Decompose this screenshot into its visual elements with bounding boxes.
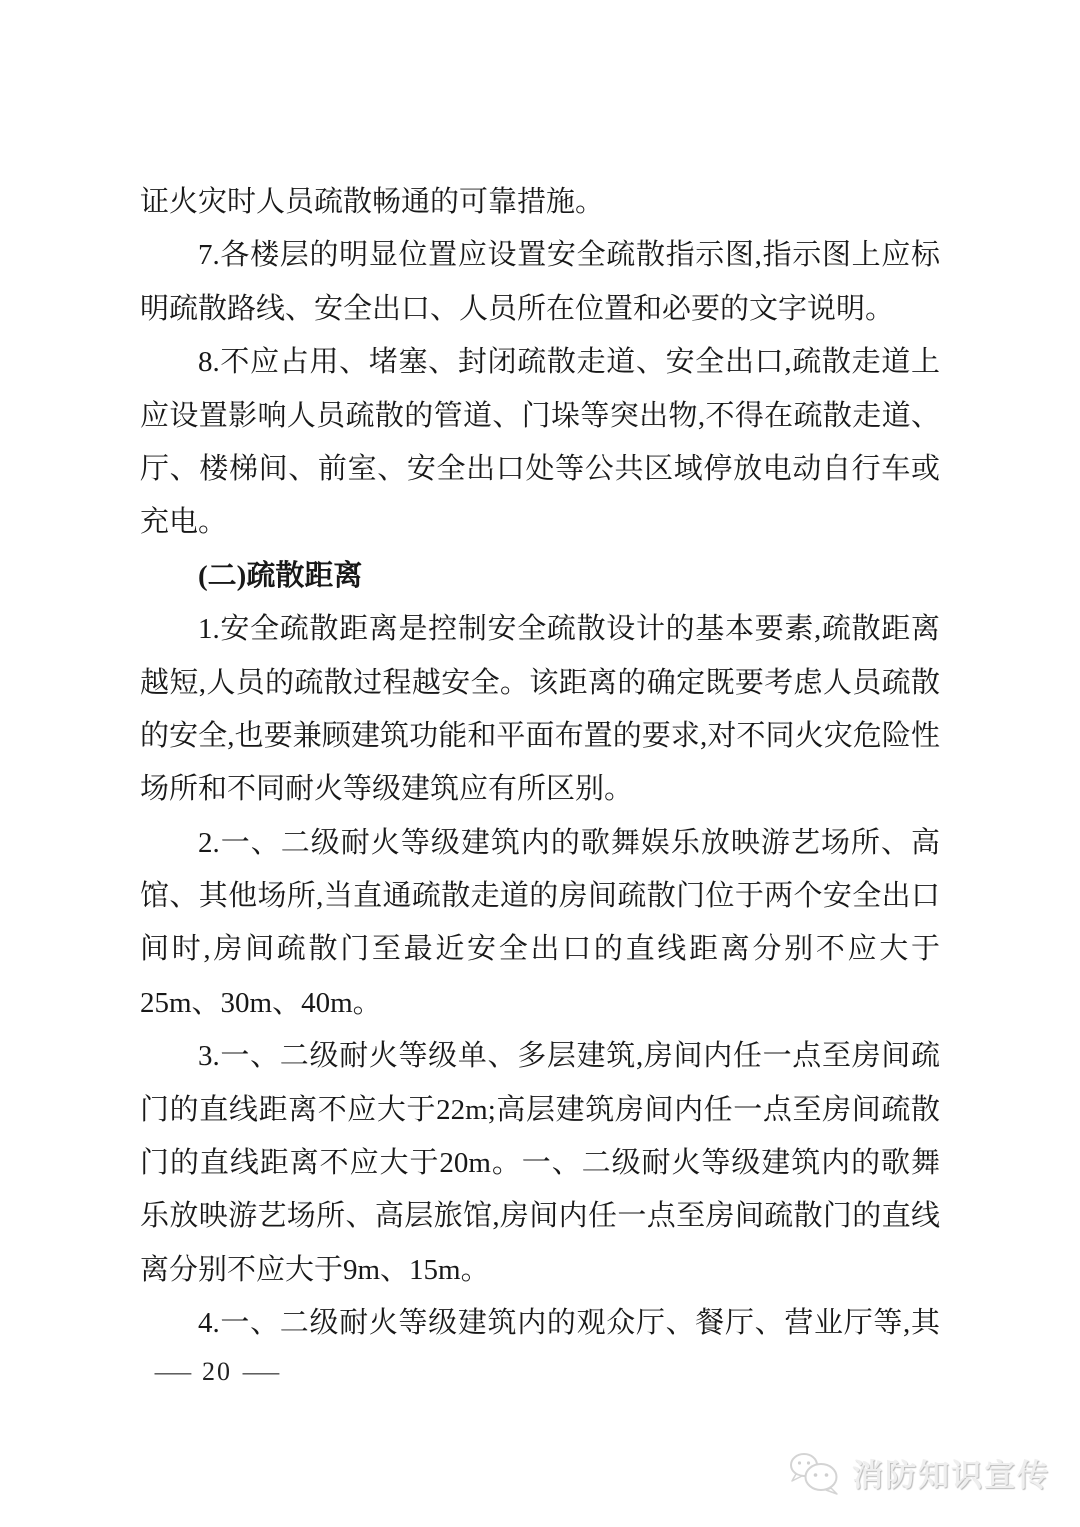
document-body: 证火灾时人员疏散畅通的可靠措施。7.各楼层的明显位置应设置安全疏散指示图,指示图…: [140, 176, 940, 1351]
text-line-17: 3.一、二级耐火等级单、多层建筑,房间内任一点至房间疏散: [140, 1030, 940, 1083]
text-line-3: 明疏散路线、安全出口、人员所在位置和必要的文字说明。: [140, 283, 940, 336]
text-line-5: 应设置影响人员疏散的管道、门垛等突出物,不得在疏散走道、门: [140, 390, 940, 443]
page-number-right-dash: —: [243, 1352, 279, 1392]
text-line-14: 馆、其他场所,当直通疏散走道的房间疏散门位于两个安全出口之: [140, 870, 940, 923]
text-line-16: 25m、30m、40m。: [140, 977, 940, 1030]
text-line-19: 门的直线距离不应大于20m。一、二级耐火等级建筑内的歌舞娱: [140, 1137, 940, 1190]
text-line-2: 7.各楼层的明显位置应设置安全疏散指示图,指示图上应标: [140, 229, 940, 282]
text-line-7: 充电。: [140, 496, 940, 549]
text-line-18: 门的直线距离不应大于22m;高层建筑房间内任一点至房间疏散: [140, 1084, 940, 1137]
text-line-12: 场所和不同耐火等级建筑应有所区别。: [140, 763, 940, 816]
text-line-6: 厅、楼梯间、前室、安全出口处等公共区域停放电动自行车或为其: [140, 443, 940, 496]
text-line-9: 1.安全疏散距离是控制安全疏散设计的基本要素,疏散距离: [140, 603, 940, 656]
text-line-4: 8.不应占用、堵塞、封闭疏散走道、安全出口,疏散走道上方不: [140, 336, 940, 389]
page-number-value: 20: [202, 1352, 232, 1392]
text-line-13: 2.一、二级耐火等级建筑内的歌舞娱乐放映游艺场所、高层旅: [140, 817, 940, 870]
text-line-22: 4.一、二级耐火等级建筑内的观众厅、餐厅、营业厅等,其室内: [140, 1297, 940, 1350]
document-page: 证火灾时人员疏散畅通的可靠措施。7.各楼层的明显位置应设置安全疏散指示图,指示图…: [0, 0, 1080, 1527]
text-line-15: 间时,房间疏散门至最近安全出口的直线距离分别不应大于: [140, 923, 940, 976]
watermark-label: 消防知识宣传: [852, 1450, 1050, 1495]
wechat-icon: [788, 1451, 842, 1495]
watermark: 消防知识宣传: [788, 1450, 1050, 1495]
page-number: — 20 —: [160, 1352, 274, 1392]
text-line-20: 乐放映游艺场所、高层旅馆,房间内任一点至房间疏散门的直线距: [140, 1190, 940, 1243]
text-line-1: 证火灾时人员疏散畅通的可靠措施。: [140, 176, 940, 229]
text-line-10: 越短,人员的疏散过程越安全。该距离的确定既要考虑人员疏散: [140, 657, 940, 710]
text-line-8: (二)疏散距离: [140, 550, 940, 603]
page-number-left-dash: —: [155, 1352, 191, 1392]
text-line-11: 的安全,也要兼顾建筑功能和平面布置的要求,对不同火灾危险性: [140, 710, 940, 763]
text-line-21: 离分别不应大于9m、15m。: [140, 1244, 940, 1297]
